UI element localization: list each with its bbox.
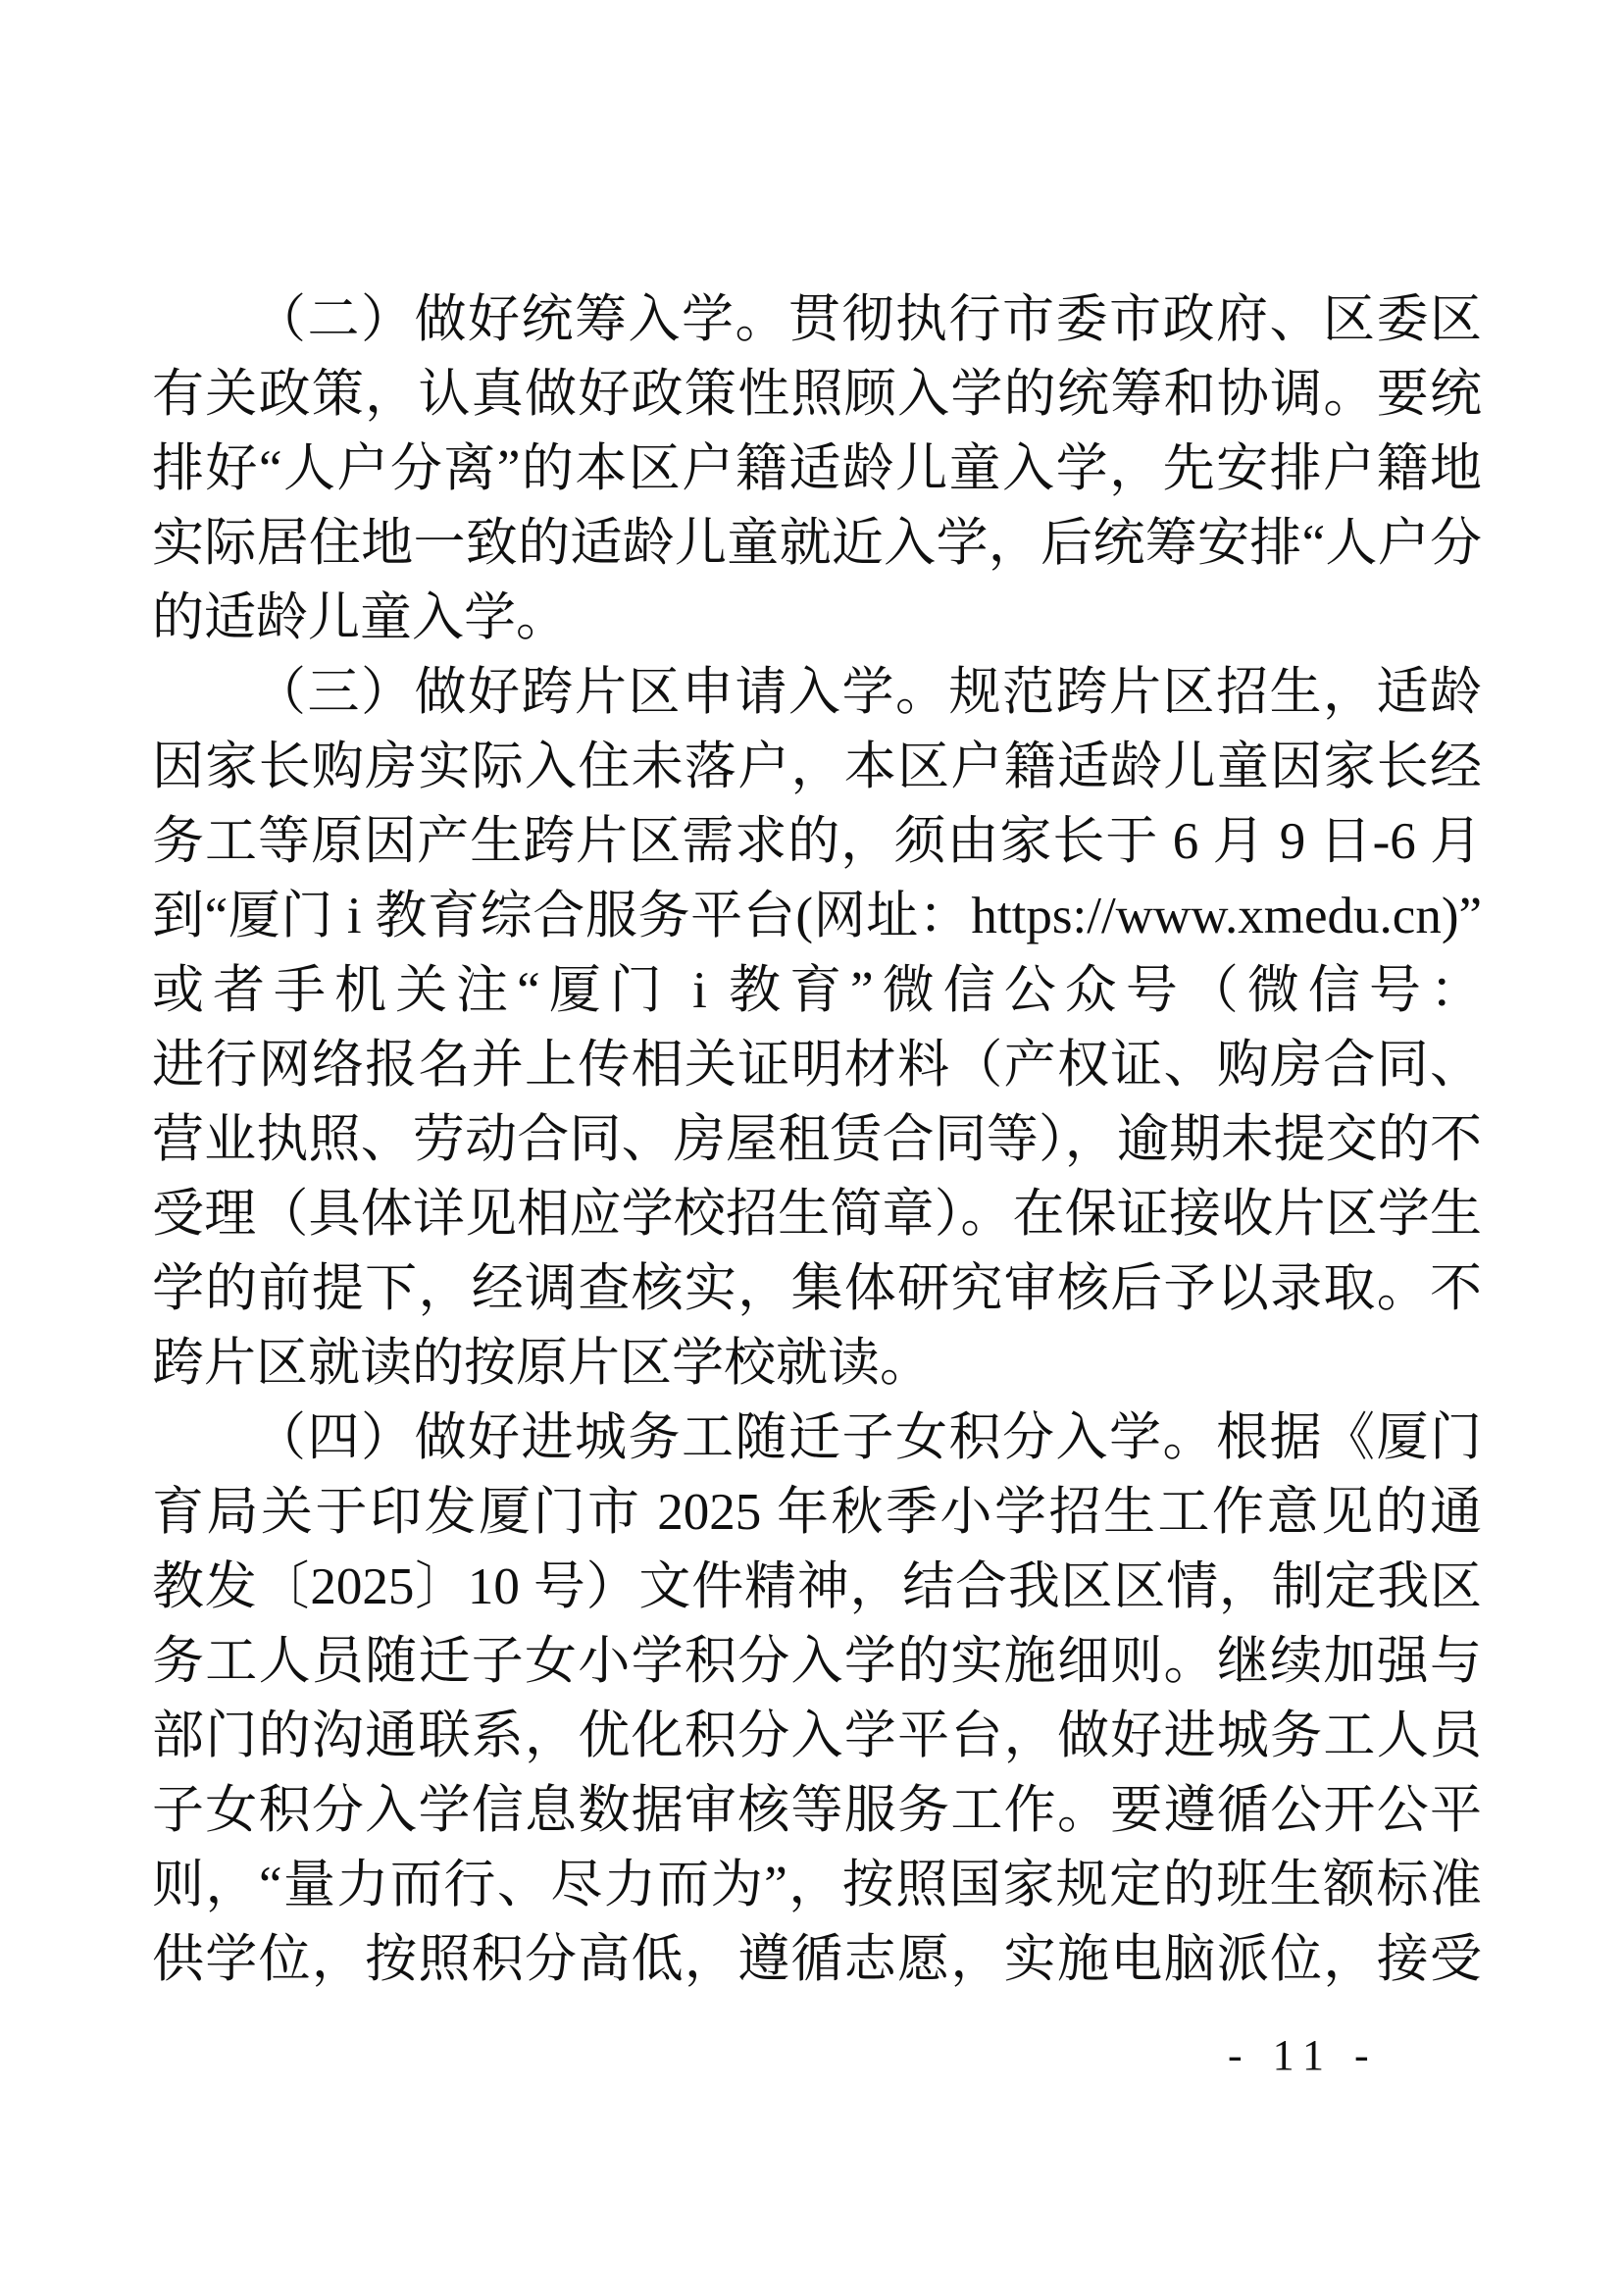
paragraph-section-2: （二）做好统筹入学。贯彻执行市委市政府、区委区政府 有关政策，认真做好政策性照顾… — [152, 282, 1482, 655]
text-line: 到“厦门 i 教育综合服务平台(网址：https://www.xmedu.cn)… — [152, 879, 1482, 953]
text-line: 营业执照、劳动合同、房屋租赁合同等），逾期未提交的不予 — [152, 1102, 1482, 1177]
text-line: 学的前提下，经调查核实，集体研究审核后予以录取。不符合 — [152, 1251, 1482, 1326]
page-number: - 11 - — [1228, 2032, 1379, 2079]
document-body: （二）做好统筹入学。贯彻执行市委市政府、区委区政府 有关政策，认真做好政策性照顾… — [152, 282, 1482, 1997]
text-line: 跨片区就读的按原片区学校就读。 — [152, 1326, 1482, 1401]
text-line: 部门的沟通联系，优化积分入学平台，做好进城务工人员随迁 — [152, 1699, 1482, 1773]
text-line: （二）做好统筹入学。贯彻执行市委市政府、区委区政府 — [152, 282, 1482, 357]
paragraph-section-3: （三）做好跨片区申请入学。规范跨片区招生，适龄儿童 因家长购房实际入住未落户，本… — [152, 655, 1482, 1401]
text-line: 则，“量力而行、尽力而为”，按照国家规定的班生额标准提 — [152, 1848, 1482, 1922]
text-line: 子女积分入学信息数据审核等服务工作。要遵循公开公平的原 — [152, 1773, 1482, 1848]
text-line: 受理（具体详见相应学校招生简章）。在保证接收片区学生入 — [152, 1177, 1482, 1251]
text-line: 排好“人户分离”的本区户籍适龄儿童入学，先安排户籍地与 — [152, 432, 1482, 506]
text-line: 或者手机关注“厦门 i 教育”微信公众号（微信号：xm_ijy）， — [152, 953, 1482, 1028]
text-line: 的适龄儿童入学。 — [152, 581, 1482, 655]
text-line: 有关政策，认真做好政策性照顾入学的统筹和协调。要统筹安 — [152, 357, 1482, 432]
text-line: （四）做好进城务工随迁子女积分入学。根据《厦门市教 — [152, 1401, 1482, 1475]
text-line: 因家长购房实际入住未落户，本区户籍适龄儿童因家长经商、 — [152, 730, 1482, 804]
text-line: （三）做好跨片区申请入学。规范跨片区招生，适龄儿童 — [152, 655, 1482, 730]
text-line: 务工人员随迁子女小学积分入学的实施细则。继续加强与相关 — [152, 1624, 1482, 1699]
paragraph-section-4: （四）做好进城务工随迁子女积分入学。根据《厦门市教 育局关于印发厦门市 2025… — [152, 1401, 1482, 1997]
text-line: 教发〔2025〕10 号）文件精神，结合我区区情，制定我区进城 — [152, 1550, 1482, 1624]
text-line: 进行网络报名并上传相关证明材料（产权证、购房合同、工商 — [152, 1028, 1482, 1102]
scanned-document-page: { "page": { "background_color": "#ffffff… — [0, 0, 1624, 2293]
text-line: 育局关于印发厦门市 2025 年秋季小学招生工作意见的通知》(厦 — [152, 1475, 1482, 1550]
text-line: 务工等原因产生跨片区需求的，须由家长于 6 月 9 日-6 月 16 日 — [152, 804, 1482, 879]
text-line: 实际居住地一致的适龄儿童就近入学，后统筹安排“人户分离” — [152, 506, 1482, 581]
text-line: 供学位，按照积分高低，遵循志愿，实施电脑派位，接受社会 — [152, 1922, 1482, 1997]
